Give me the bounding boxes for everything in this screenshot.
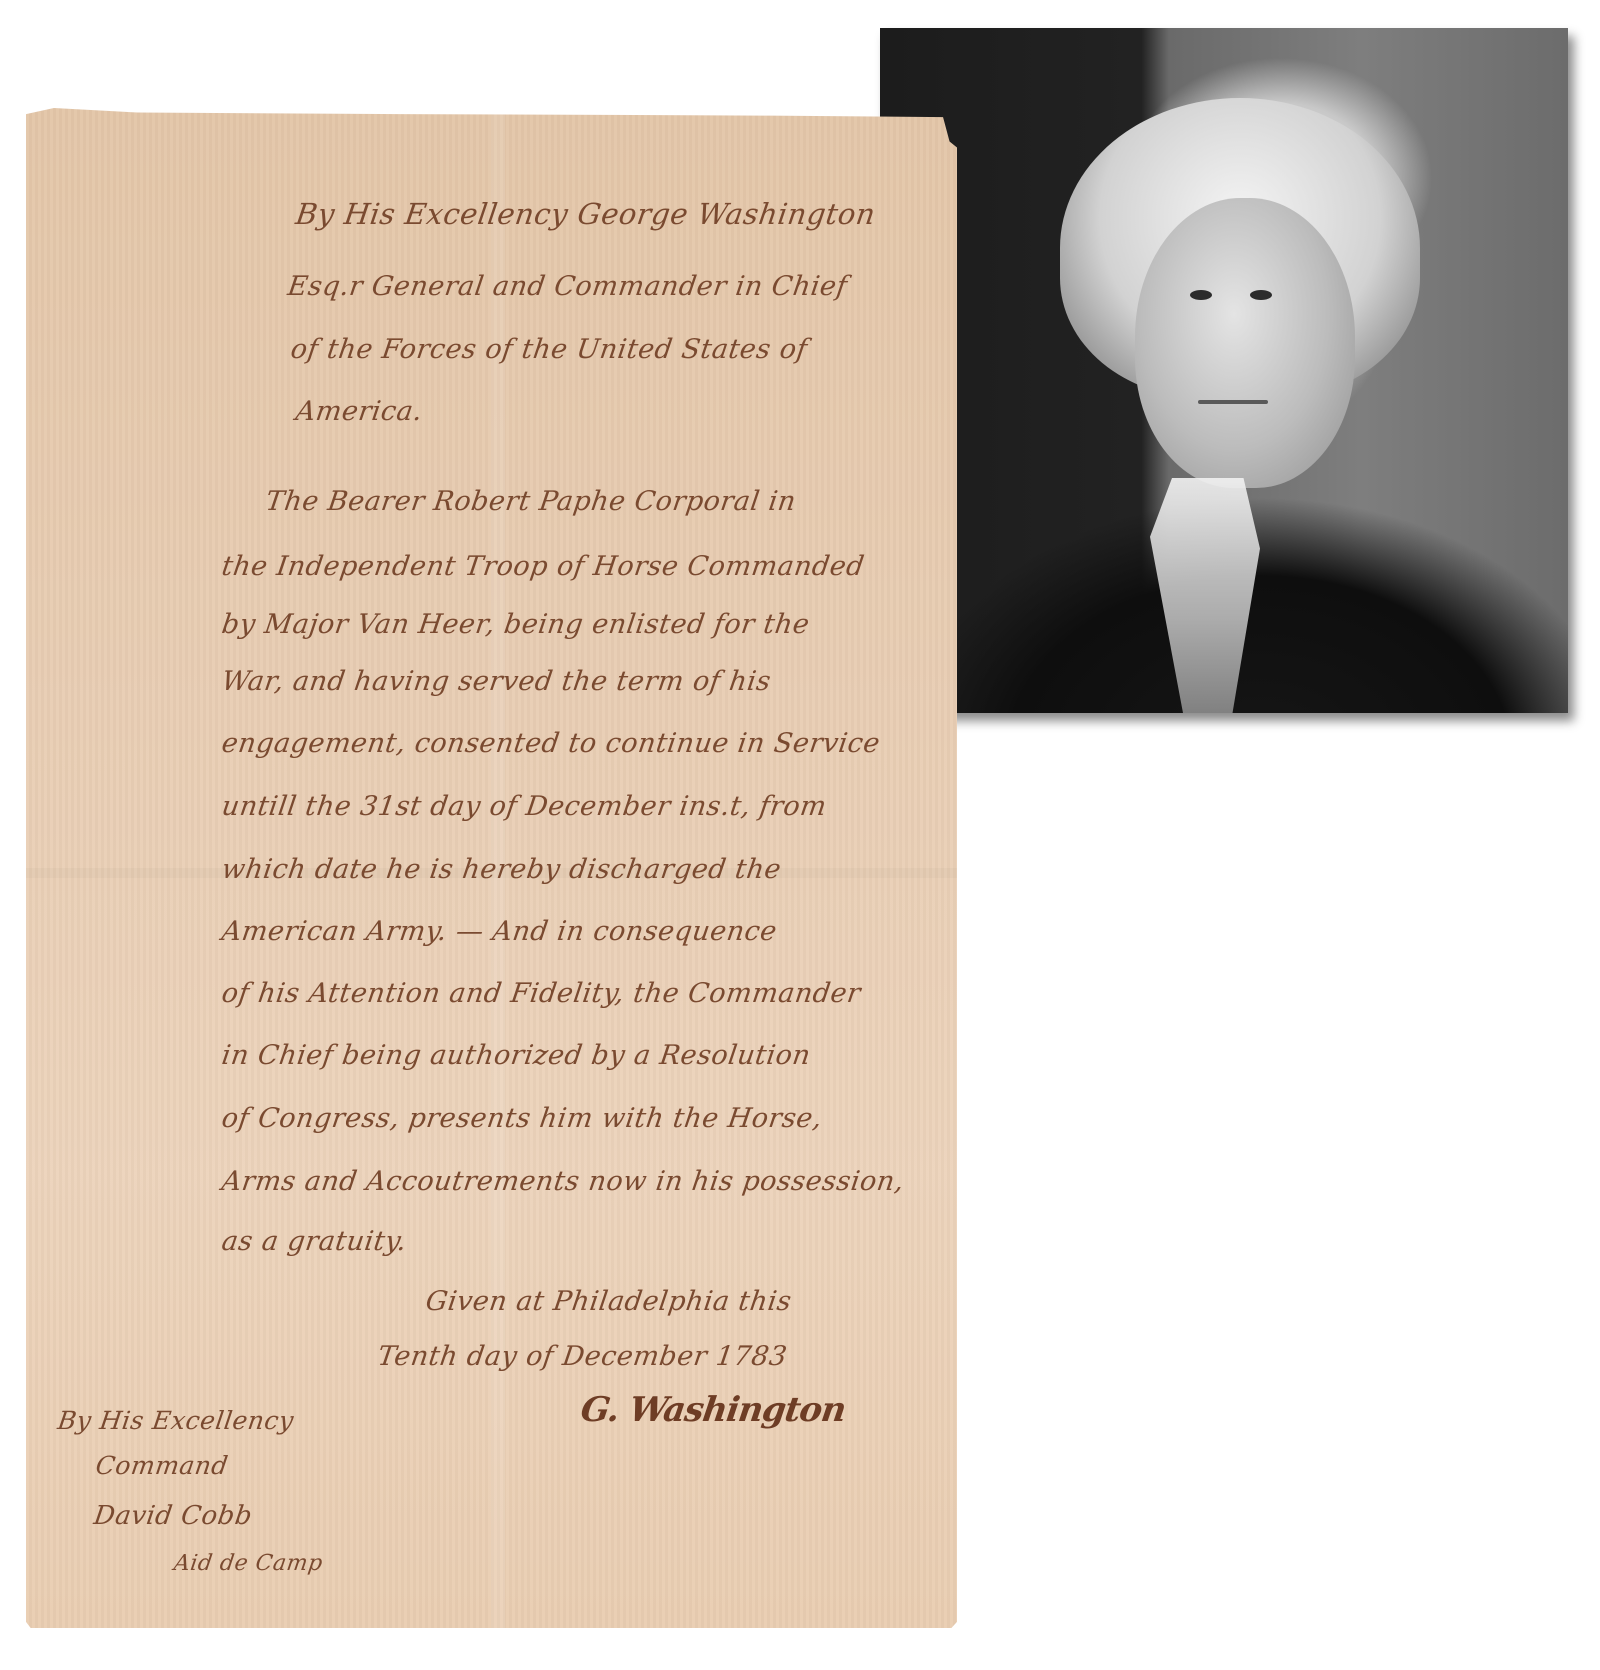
body-line-7: which date he is hereby discharged the [220,856,783,883]
washington-signature: G. Washington [579,1393,848,1427]
countersign-title: Aid de Camp [172,1553,324,1575]
heading-line-3: of the Forces of the United States of [289,336,809,363]
portrait-mouth [1198,400,1268,404]
body-line-5: engagement, consented to continue in Ser… [220,730,882,757]
portrait-eye-right [1250,290,1272,300]
body-line-10: in Chief being authorized by a Resolutio… [220,1042,812,1069]
body-line-1: The Bearer Robert Paphe Corporal in [264,488,798,515]
countersign-line-1: By His Excellency [56,1408,295,1433]
discharge-document: By His Excellency George Washington Esq.… [26,108,957,1628]
body-line-9: of his Attention and Fidelity, the Comma… [220,980,862,1007]
heading-line-2: Esq.r General and Commander in Chief [286,273,849,300]
body-line-6: untill the 31st day of December ins.t, f… [220,793,828,820]
closing-line-1: Given at Philadelphia this [424,1288,793,1315]
body-line-3: by Major Van Heer, being enlisted for th… [220,611,811,638]
body-line-13: as a gratuity. [220,1228,408,1255]
countersign-line-2: Command [94,1453,230,1478]
closing-line-2: Tenth day of December 1783 [376,1343,789,1370]
portrait-face [1135,198,1355,488]
body-line-4: War, and having served the term of his [220,668,773,695]
heading-line-4: America. [294,398,424,425]
heading-line-1: By His Excellency George Washington [294,200,877,229]
body-line-12: Arms and Accoutrements now in his posses… [220,1168,906,1195]
portrait-eye-left [1190,290,1212,300]
body-line-11: of Congress, presents him with the Horse… [220,1105,824,1132]
body-line-2: the Independent Troop of Horse Commanded [220,553,866,580]
washington-portrait [880,28,1568,713]
countersign-name: David Cobb [92,1503,254,1529]
body-line-8: American Army. — And in consequence [220,918,779,945]
